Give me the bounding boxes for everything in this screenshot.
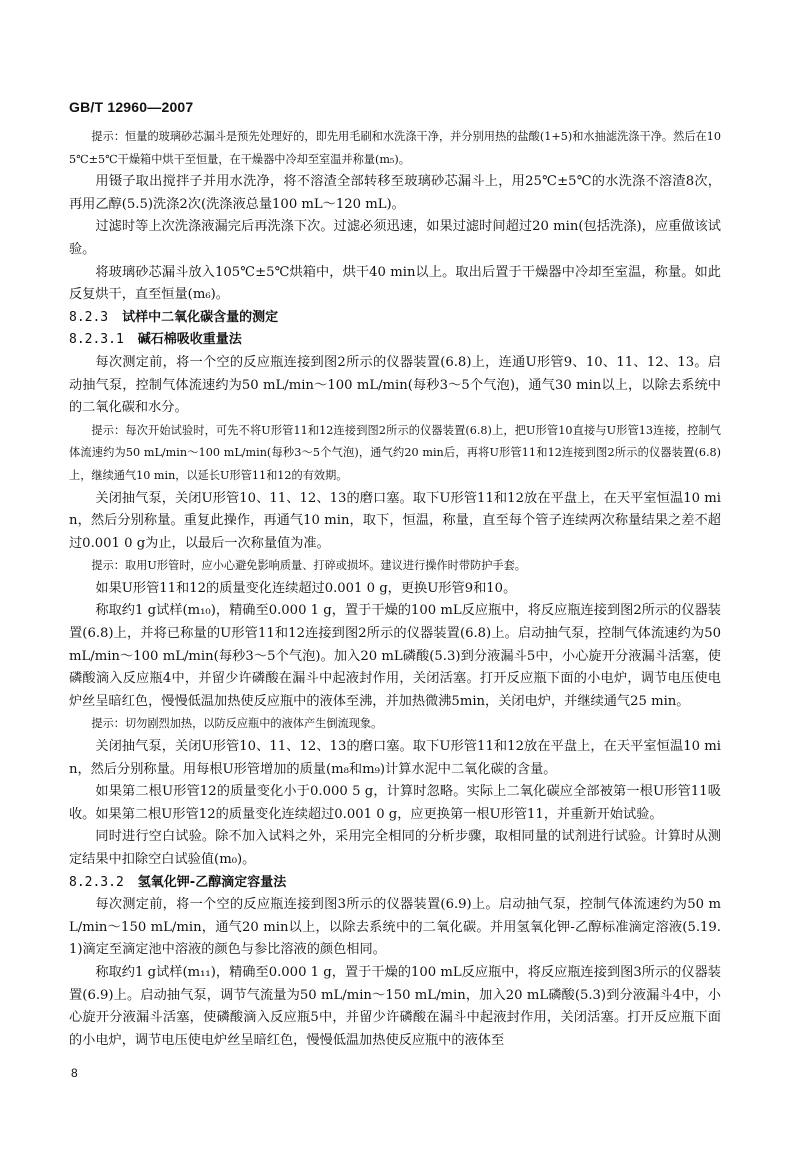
- body-paragraph: 称取约1 g试样(m₁₁)，精确至0.000 1 g，置于干燥的100 mL反应…: [69, 962, 721, 1052]
- body-paragraph: 如果第二根U形管12的质量变化小于0.000 5 g，计算时忽略。实际上二氧化碳…: [69, 781, 721, 826]
- body-paragraph: 同时进行空白试验。除不加入试料之外，采用完全相同的分析步骤，取相同量的试剂进行试…: [69, 826, 721, 871]
- body-paragraph: 用镊子取出搅拌子并用水洗净，将不溶渣全部转移至玻璃砂芯漏斗上，用25℃±5℃的水…: [69, 171, 721, 216]
- section-heading-8-2-3: 8.2.3试样中二氧化碳含量的测定: [69, 307, 721, 330]
- section-number: 8.2.3.2: [69, 875, 124, 890]
- body-paragraph: 关闭抽气泵，关闭U形管10、11、12、13的磨口塞。取下U形管11和12放在平…: [69, 488, 721, 556]
- note-paragraph: 提示：取用U形管时，应小心避免影响质量、打碎或损坏。建议进行操作时带防护手套。: [69, 555, 721, 578]
- standard-code: GB/T 12960—2007: [69, 99, 193, 115]
- body-paragraph: 每次测定前，将一个空的反应瓶连接到图2所示的仪器装置(6.8)上，连通U形管9、…: [69, 352, 721, 420]
- note-paragraph: 提示：恒量的玻璃砂芯漏斗是预先处理好的，即先用毛刷和水洗涤干净，并分别用热的盐酸…: [69, 126, 721, 171]
- body-paragraph: 关闭抽气泵，关闭U形管10、11、12、13的磨口塞。取下U形管11和12放在平…: [69, 736, 721, 781]
- document-page: GB/T 12960—2007 提示：恒量的玻璃砂芯漏斗是预先处理好的，即先用毛…: [0, 0, 800, 1166]
- body-paragraph: 每次测定前，将一个空的反应瓶连接到图3所示的仪器装置(6.9)上。启动抽气泵，控…: [69, 894, 721, 962]
- section-number: 8.2.3: [69, 310, 108, 325]
- section-number: 8.2.3.1: [69, 332, 124, 347]
- section-title: 碱石棉吸收重量法: [138, 332, 242, 347]
- body-paragraph: 称取约1 g试样(m₁₀)，精确至0.000 1 g，置于干燥的100 mL反应…: [69, 600, 721, 713]
- body-paragraph: 过滤时等上次洗涤液漏完后再洗涤下次。过滤必须迅速，如果过滤时间超过20 min(…: [69, 216, 721, 261]
- document-body: 提示：恒量的玻璃砂芯漏斗是预先处理好的，即先用毛刷和水洗涤干净，并分别用热的盐酸…: [69, 126, 721, 1052]
- section-heading-8-2-3-1: 8.2.3.1碱石棉吸收重量法: [69, 329, 721, 352]
- page-number: 8: [71, 1066, 78, 1080]
- body-paragraph: 将玻璃砂芯漏斗放入105℃±5℃烘箱中，烘干40 min以上。取出后置于干燥器中…: [69, 262, 721, 307]
- section-title: 氢氧化钾-乙醇滴定容量法: [138, 875, 286, 890]
- body-paragraph: 如果U形管11和12的质量变化连续超过0.001 0 g，更换U形管9和10。: [69, 578, 721, 601]
- section-title: 试样中二氧化碳含量的测定: [122, 310, 278, 325]
- note-paragraph: 提示：每次开始试验时，可先不将U形管11和12连接到图2所示的仪器装置(6.8)…: [69, 420, 721, 488]
- section-heading-8-2-3-2: 8.2.3.2氢氧化钾-乙醇滴定容量法: [69, 872, 721, 895]
- note-paragraph: 提示：切勿剧烈加热，以防反应瓶中的液体产生倒流现象。: [69, 713, 721, 736]
